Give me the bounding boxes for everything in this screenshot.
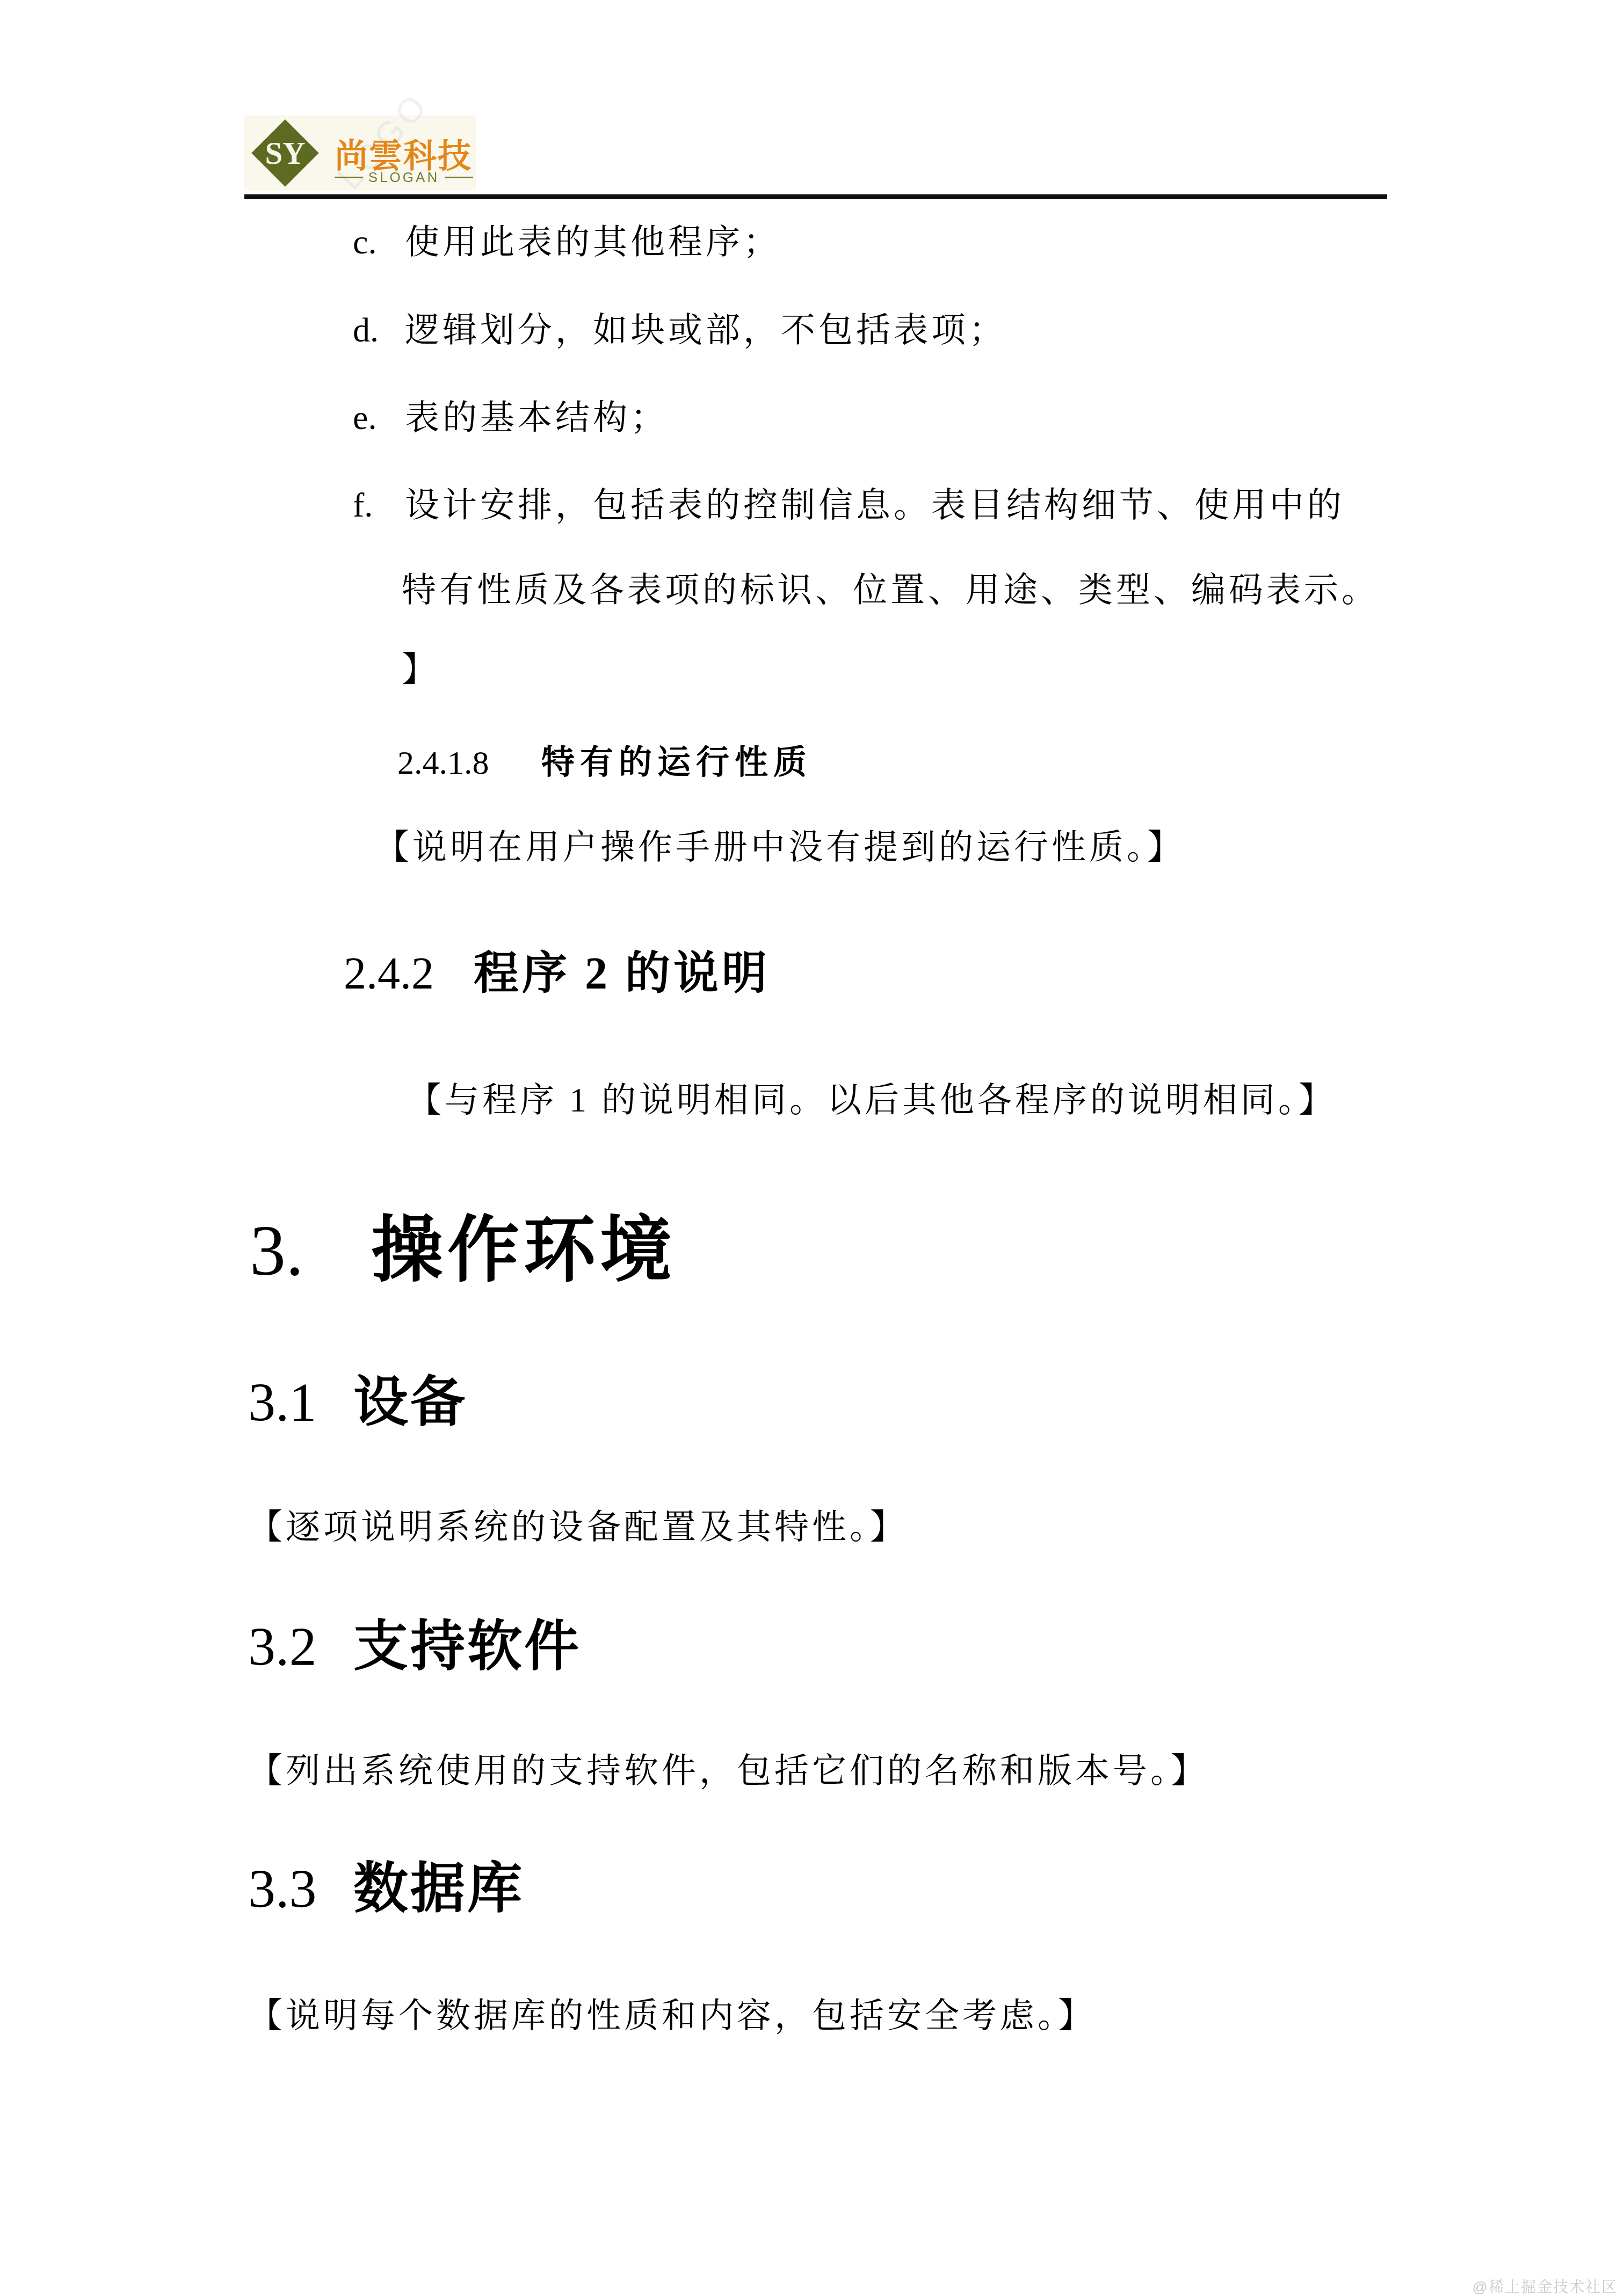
- heading-number: 2.4.1.8: [397, 746, 541, 780]
- slogan-text: SLOGAN: [368, 169, 439, 186]
- list-item-f: f.设计安排，包括表的控制信息。表目结构细节、使用中的: [353, 488, 1345, 522]
- heading-3-1: 3.1设备: [248, 1376, 467, 1430]
- company-logo: LOGO SY 尚雲科技 SLOGAN: [244, 115, 476, 191]
- list-item-marker: e.: [353, 401, 405, 435]
- list-item-marker: d.: [353, 313, 405, 347]
- list-item-c: c.使用此表的其他程序；: [353, 225, 781, 259]
- heading-3-2: 3.2支持软件: [248, 1620, 581, 1675]
- heading-number: 3.3: [248, 1862, 353, 1917]
- list-item-text: 表的基本结构；: [405, 398, 668, 437]
- template-note-3-1: 【逐项说明系统的设备配置及其特性。】: [248, 1510, 908, 1544]
- heading-title: 特有的运行性质: [541, 745, 812, 781]
- template-note-3-3: 【说明每个数据库的性质和内容，包括安全考虑。】: [248, 1999, 1096, 2033]
- list-item-text: 逻辑划分，如块或部，不包括表项；: [405, 311, 1006, 349]
- slogan-left-line: [335, 177, 363, 178]
- logo-slogan: SLOGAN: [335, 169, 473, 186]
- heading-3-3: 3.3数据库: [248, 1862, 524, 1917]
- list-item-marker: c.: [353, 225, 405, 259]
- logo-diamond-icon: SY: [251, 119, 320, 187]
- closing-bracket: 】: [402, 652, 439, 687]
- diamond-monogram-icon: SY: [251, 119, 320, 187]
- list-item-marker: f.: [353, 488, 405, 522]
- list-item-d: d.逻辑划分，如块或部，不包括表项；: [353, 313, 1006, 347]
- heading-title: 操作环境: [371, 1211, 676, 1290]
- heading-3: 3.操作环境: [250, 1215, 676, 1287]
- heading-number: 2.4.2: [344, 951, 474, 997]
- heading-number: 3.2: [248, 1620, 353, 1675]
- list-item-f-continuation: 特有性质及各表项的标识、位置、用途、类型、编码表示。: [402, 573, 1379, 607]
- community-watermark: @稀土掘金技术社区: [1473, 2276, 1618, 2296]
- heading-title: 设备: [353, 1372, 467, 1433]
- document-page: LOGO SY 尚雲科技 SLOGAN c.使用此表的其他程序； d.逻辑划分，…: [0, 0, 1624, 2296]
- list-item-text: 使用此表的其他程序；: [405, 223, 781, 261]
- heading-number: 3.: [250, 1215, 371, 1287]
- heading-number: 3.1: [248, 1376, 353, 1430]
- heading-title: 支持软件: [353, 1617, 581, 1677]
- list-item-text: 设计安排，包括表的控制信息。表目结构细节、使用中的: [405, 486, 1345, 524]
- list-item-e: e.表的基本结构；: [353, 401, 668, 435]
- slogan-right-line: [445, 177, 473, 178]
- heading-2-4-1-8: 2.4.1.8特有的运行性质: [397, 746, 812, 780]
- logo-monogram: SY: [265, 136, 305, 171]
- heading-2-4-2: 2.4.2程序 2 的说明: [344, 951, 770, 997]
- template-note-2-4-1-8: 【说明在用户操作手册中没有提到的运行性质。】: [375, 830, 1185, 864]
- template-note-2-4-2: 【与程序 1 的说明相同。以后其他各程序的说明相同。】: [407, 1083, 1336, 1117]
- template-note-3-2: 【列出系统使用的支持软件，包括它们的名称和版本号。】: [248, 1754, 1208, 1788]
- header-divider: [244, 194, 1387, 199]
- heading-title: 程序 2 的说明: [474, 949, 770, 999]
- heading-title: 数据库: [353, 1859, 524, 1920]
